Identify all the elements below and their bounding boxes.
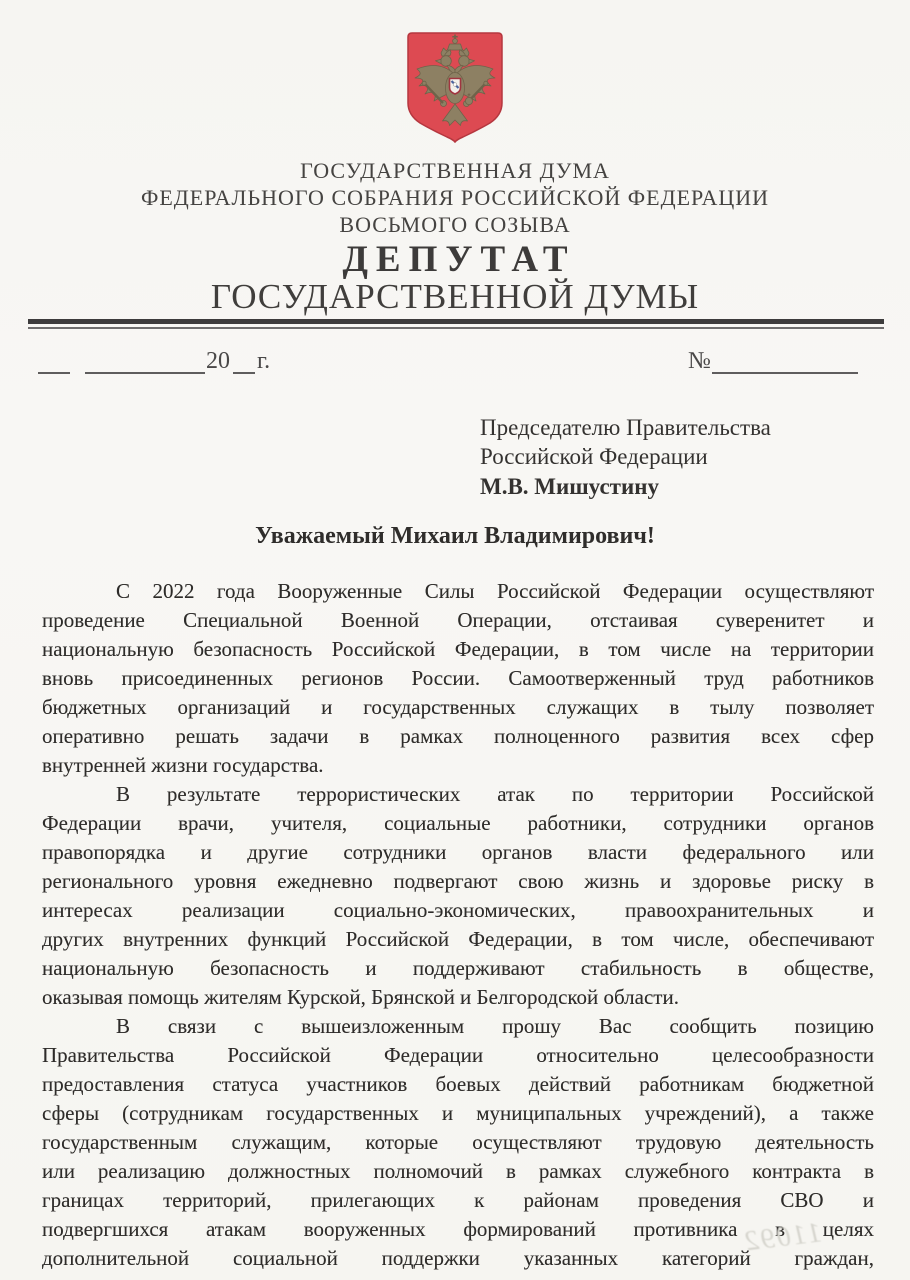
year-prefix: 20 <box>206 348 230 375</box>
body-line: проведение Специальной Военной Операции,… <box>42 606 874 635</box>
number-blank <box>712 350 858 374</box>
body-line: В связи с вышеизложенным прошу Вас сообщ… <box>42 1012 874 1041</box>
body-line: вновь присоединенных регионов России. Са… <box>42 664 874 693</box>
addressee-block: Председателю Правительства Российской Фе… <box>480 413 771 501</box>
addressee-name: М.В. Мишустину <box>480 472 771 501</box>
body-line: интересах реализации социально-экономиче… <box>42 896 874 925</box>
divider-thick-line <box>28 319 884 324</box>
body-text: С 2022 года Вооруженные Силы Российской … <box>42 577 874 1273</box>
body-line: других внутренних функций Российской Фед… <box>42 925 874 954</box>
body-line: С 2022 года Вооруженные Силы Российской … <box>42 577 874 606</box>
year-suffix: г. <box>257 348 270 375</box>
body-line: национальную безопасность Российской Фед… <box>42 635 874 664</box>
russia-coat-of-arms-icon <box>406 31 504 148</box>
letterhead-org-lines: ГОСУДАРСТВЕННАЯ ДУМА ФЕДЕРАЛЬНОГО СОБРАН… <box>0 157 910 238</box>
date-month-blank <box>85 350 205 374</box>
body-line: предоставления статуса участников боевых… <box>42 1070 874 1099</box>
body-line: регионального уровня ежедневно подвергаю… <box>42 867 874 896</box>
divider-thin-line <box>28 327 884 329</box>
body-line: правопорядка и другие сотрудники органов… <box>42 838 874 867</box>
org-line-1: ГОСУДАРСТВЕННАЯ ДУМА <box>0 157 910 184</box>
scanned-letter-page: ГОСУДАРСТВЕННАЯ ДУМА ФЕДЕРАЛЬНОГО СОБРАН… <box>0 0 910 1280</box>
body-line: сферы (сотрудникам государственных и мун… <box>42 1099 874 1128</box>
org-line-3: ВОСЬМОГО СОЗЫВА <box>0 211 910 238</box>
letterhead-title-duma: ГОСУДАРСТВЕННОЙ ДУМЫ <box>0 277 910 317</box>
body-line: внутренней жизни государства. <box>42 751 874 780</box>
body-line: или реализацию должностных полномочий в … <box>42 1157 874 1186</box>
reference-row: 20 г. № <box>0 348 910 378</box>
body-line: границах территорий, прилегающих к район… <box>42 1186 874 1215</box>
number-label: № <box>688 348 711 375</box>
body-line: бюджетных организаций и государственных … <box>42 693 874 722</box>
date-day-blank <box>38 350 70 374</box>
date-year-blank <box>233 350 255 374</box>
body-line: оказывая помощь жителям Курской, Брянско… <box>42 983 874 1012</box>
body-line: В результате террористических атак по те… <box>42 780 874 809</box>
body-line: Правительства Российской Федерации относ… <box>42 1041 874 1070</box>
salutation: Уважаемый Михаил Владимирович! <box>0 523 910 550</box>
addressee-line-1: Председателю Правительства <box>480 413 771 442</box>
body-line: национальную безопасность и поддерживают… <box>42 954 874 983</box>
body-line: Федерации врачи, учителя, социальные раб… <box>42 809 874 838</box>
letterhead-divider <box>28 319 884 329</box>
body-line: государственным служащим, которые осущес… <box>42 1128 874 1157</box>
body-line: оперативно решать задачи в рамках полноц… <box>42 722 874 751</box>
addressee-line-2: Российской Федерации <box>480 442 771 471</box>
letterhead-title-deputy: ДЕПУТАТ <box>0 238 910 281</box>
org-line-2: ФЕДЕРАЛЬНОГО СОБРАНИЯ РОССИЙСКОЙ ФЕДЕРАЦ… <box>0 184 910 211</box>
